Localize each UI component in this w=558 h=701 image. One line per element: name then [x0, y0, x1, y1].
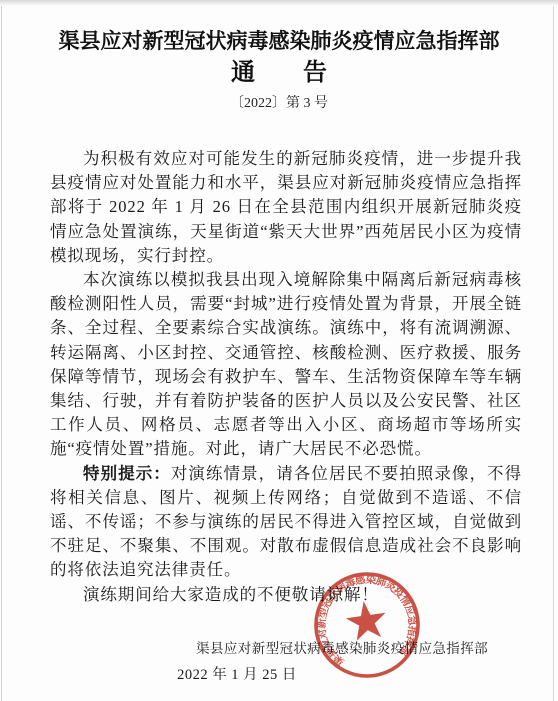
document-number: 〔2022〕第 3 号 — [0, 95, 558, 113]
special-notice-label: 特别提示： — [83, 464, 171, 483]
paragraph-4: 演练期间给大家造成的不便敬请谅解！ — [50, 583, 522, 607]
issue-date: 2022 年 1 月 25 日 — [96, 666, 558, 685]
page-top-edge — [0, 0, 558, 6]
page-right-edge — [553, 6, 554, 701]
paragraph-1: 为积极有效应对可能发生的新冠肺炎疫情，进一步提升我县疫情应对处置能力和水平，渠县… — [50, 147, 522, 268]
issuing-authority-signature: 渠县应对新型冠状病毒感染肺炎疫情应急指挥部 — [0, 639, 558, 658]
page-title: 渠县应对新型冠状病毒感染肺炎疫情应急指挥部 — [30, 28, 528, 55]
notice-body: 为积极有效应对可能发生的新冠肺炎疫情，进一步提升我县疫情应对处置能力和水平，渠县… — [50, 147, 522, 607]
notice-heading: 通 告 — [0, 58, 558, 88]
page-left-edge — [1, 6, 2, 701]
notice-document-page: 渠县应对新型冠状病毒感染肺炎疫情应急指挥部 通 告 〔2022〕第 3 号 为积… — [0, 0, 558, 701]
paragraph-2: 本次演练以模拟我县出现入境解除集中隔离后新冠病毒核酸检测阳性人员，需要“封城”进… — [50, 268, 522, 462]
paragraph-3: 特别提示：对演练情景，请各位居民不要拍照录像，不得将相关信息、图片、视频上传网络… — [50, 462, 522, 583]
